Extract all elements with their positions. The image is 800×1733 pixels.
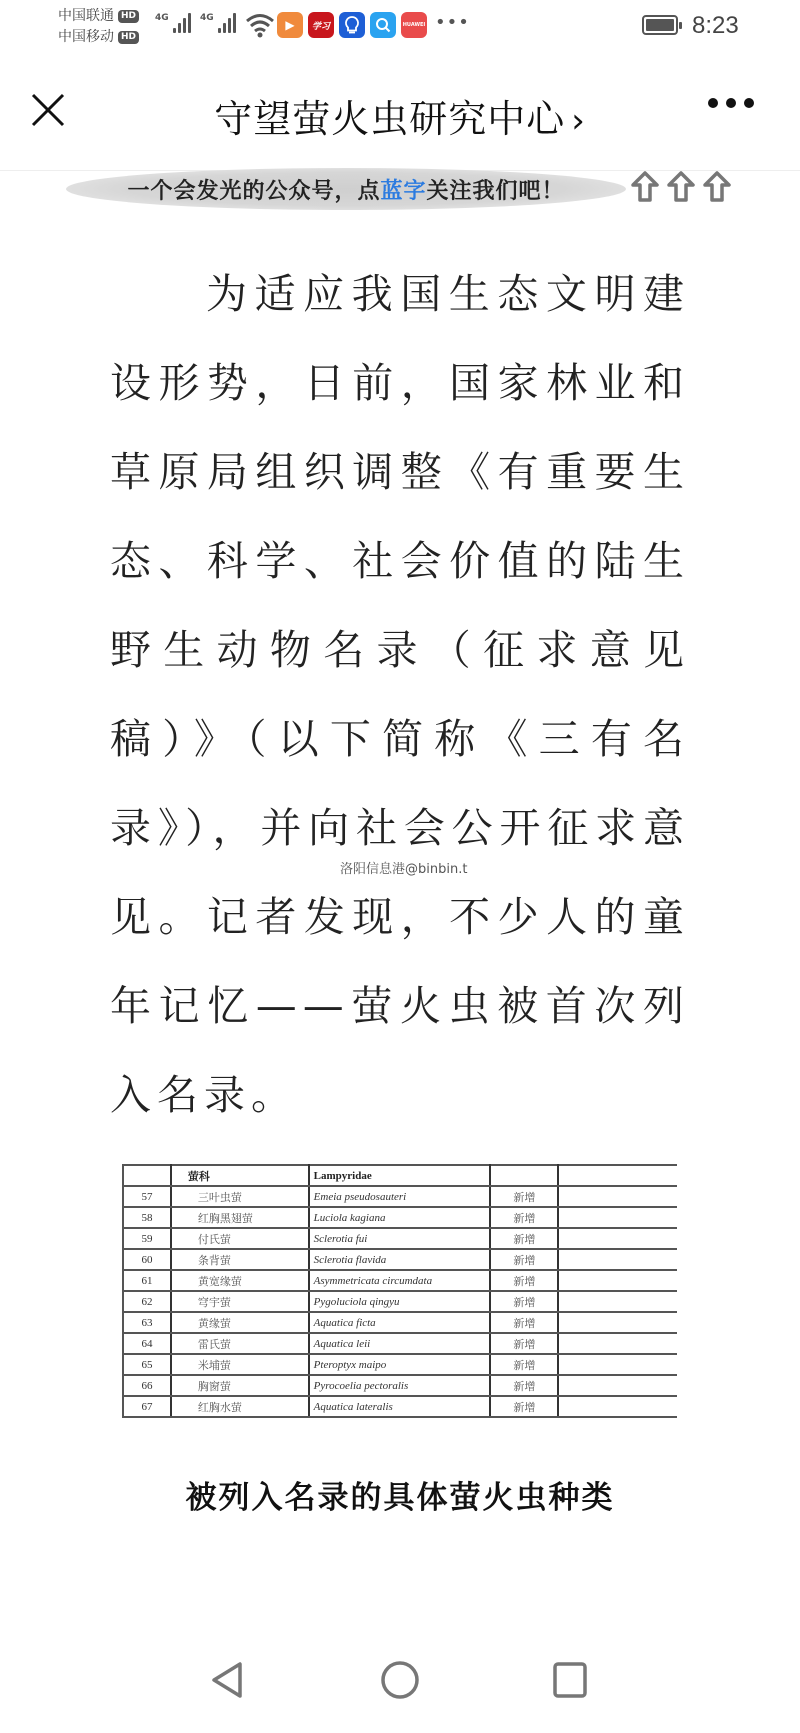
hd-badge: HD — [118, 10, 139, 23]
table-row: 58红胸黑翅萤Luciola kagiana新增 — [123, 1207, 677, 1228]
more-options-button[interactable] — [708, 98, 754, 108]
family-cn: 萤科 — [171, 1165, 309, 1186]
bulb-app-icon — [339, 12, 365, 38]
home-button[interactable] — [380, 1660, 420, 1704]
table-header-row: 萤科 Lampyridae — [123, 1165, 677, 1186]
table-row: 63黄缘萤Aquatica ficta新增 — [123, 1312, 677, 1333]
species-table: 萤科 Lampyridae 57三叶虫萤Emeia pseudosauteri新… — [122, 1164, 677, 1418]
xuexi-app-icon: 学习 — [308, 12, 334, 38]
back-icon — [210, 1660, 246, 1700]
carrier-list: 中国联通 HD 中国移动 HD — [58, 6, 139, 48]
account-title-link[interactable]: 守望萤火虫研究中心› — [0, 88, 800, 143]
banner-text: 关注我们吧！ — [427, 174, 565, 205]
more-notifications-icon: ••• — [435, 12, 470, 33]
signal-strength-icon: 4G — [155, 13, 191, 33]
table-row: 60条背萤Sclerotia flavida新增 — [123, 1249, 677, 1270]
clock: 8:23 — [692, 12, 739, 40]
video-app-icon: ▶ — [277, 12, 303, 38]
follow-banner: 一个会发光的公众号，点蓝字关注我们吧！ — [66, 168, 626, 210]
wifi-icon — [245, 12, 275, 42]
article-body: 为适应我国生态文明建设形势，日前，国家林业和草原局组织调整《有重要生态、科学、社… — [110, 250, 690, 1140]
arrow-up-icon — [630, 170, 660, 204]
up-arrows — [630, 170, 732, 204]
family-latin: Lampyridae — [309, 1165, 491, 1186]
more-icon — [708, 98, 718, 108]
table-row: 59付氏萤Sclerotia fui新增 — [123, 1228, 677, 1249]
table-row: 64雷氏萤Aquatica leii新增 — [123, 1333, 677, 1354]
carrier-name: 中国移动 — [58, 27, 114, 48]
battery-icon — [642, 15, 678, 35]
arrow-up-icon — [702, 170, 732, 204]
table-row: 62穹宇萤Pygoluciola qingyu新增 — [123, 1291, 677, 1312]
table-row: 66胸窗萤Pyrocoelia pectoralis新增 — [123, 1375, 677, 1396]
table-row: 57三叶虫萤Emeia pseudosauteri新增 — [123, 1186, 677, 1207]
article-paragraph: 为适应我国生态文明建设形势，日前，国家林业和草原局组织调整《有重要生态、科学、社… — [110, 250, 690, 1140]
signal-strength-icon: 4G — [200, 13, 236, 33]
hd-badge: HD — [118, 31, 139, 44]
recents-button[interactable] — [552, 1660, 588, 1704]
table-row: 61黄宽缘萤Asymmetricata circumdata新增 — [123, 1270, 677, 1291]
table-row: 67红胸水萤Aquatica lateralis新增 — [123, 1396, 677, 1417]
image-caption: 被列入名录的具体萤火虫种类 — [0, 1472, 800, 1517]
article-header: 守望萤火虫研究中心› — [0, 70, 800, 155]
network-type-label: 4G — [200, 13, 214, 23]
network-type-label: 4G — [155, 13, 169, 23]
watermark: 洛阳信息港@binbin.t — [340, 858, 467, 877]
species-table-image[interactable]: 萤科 Lampyridae 57三叶虫萤Emeia pseudosauteri新… — [122, 1164, 677, 1418]
chevron-right-icon: › — [571, 101, 586, 141]
home-icon — [380, 1660, 420, 1700]
carrier-2: 中国移动 HD — [58, 27, 139, 48]
huawei-app-icon: HUAWEI — [401, 12, 427, 38]
banner-highlight: 蓝字 — [380, 174, 426, 205]
account-name: 守望萤火虫研究中心 — [214, 97, 565, 141]
banner-text: 一个会发光的公众号，点 — [127, 174, 380, 205]
arrow-up-icon — [666, 170, 696, 204]
status-bar: 中国联通 HD 中国移动 HD 4G 4G ▶ 学习 HUAWEI ••• 8:… — [0, 0, 800, 56]
carrier-1: 中国联通 HD — [58, 6, 139, 27]
system-navigation-bar — [0, 1660, 800, 1720]
table-row: 65米埔萤Pteroptyx maipo新增 — [123, 1354, 677, 1375]
recents-icon — [552, 1660, 588, 1700]
carrier-name: 中国联通 — [58, 6, 114, 27]
search-app-icon — [370, 12, 396, 38]
back-button[interactable] — [210, 1660, 246, 1704]
